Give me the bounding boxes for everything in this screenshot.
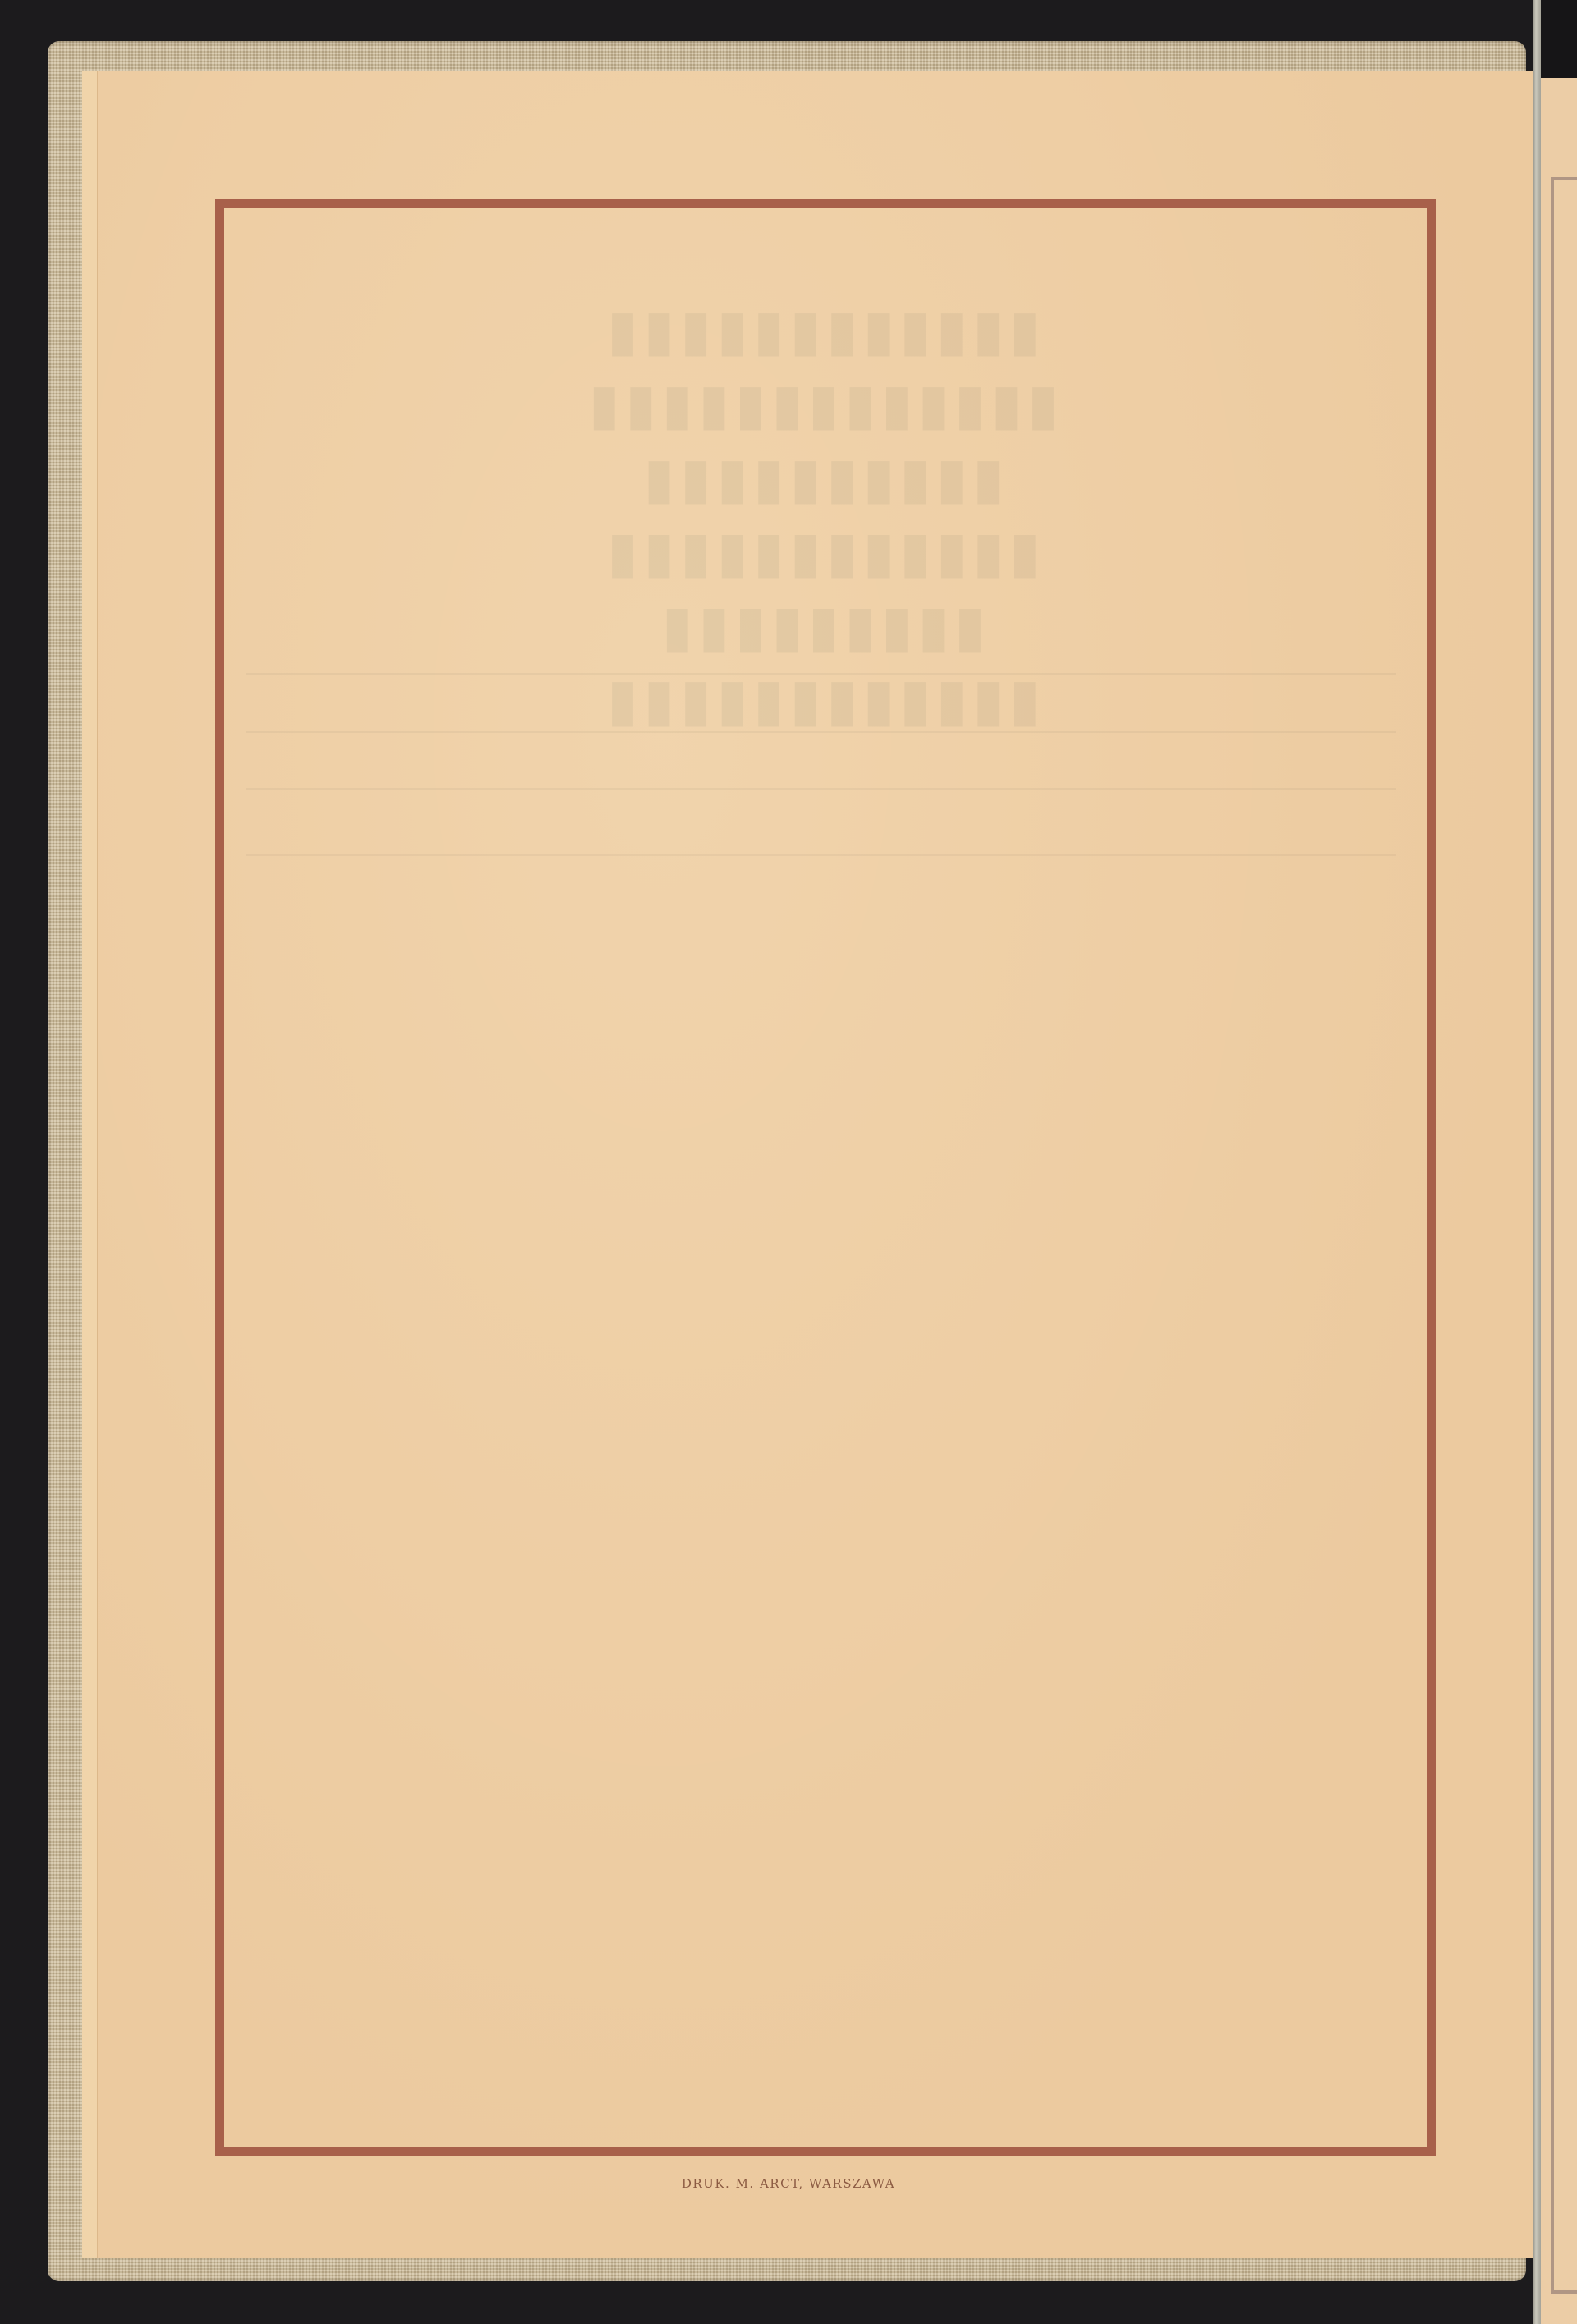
page-hinge bbox=[82, 71, 98, 2258]
page-edge bbox=[1533, 0, 1541, 2324]
background-gap bbox=[1541, 0, 1577, 78]
facing-page-frame bbox=[1551, 177, 1577, 2294]
decorative-border-frame bbox=[215, 199, 1436, 2156]
printer-imprint: DRUK. M. ARCT, WARSZAWA bbox=[0, 2176, 1577, 2191]
